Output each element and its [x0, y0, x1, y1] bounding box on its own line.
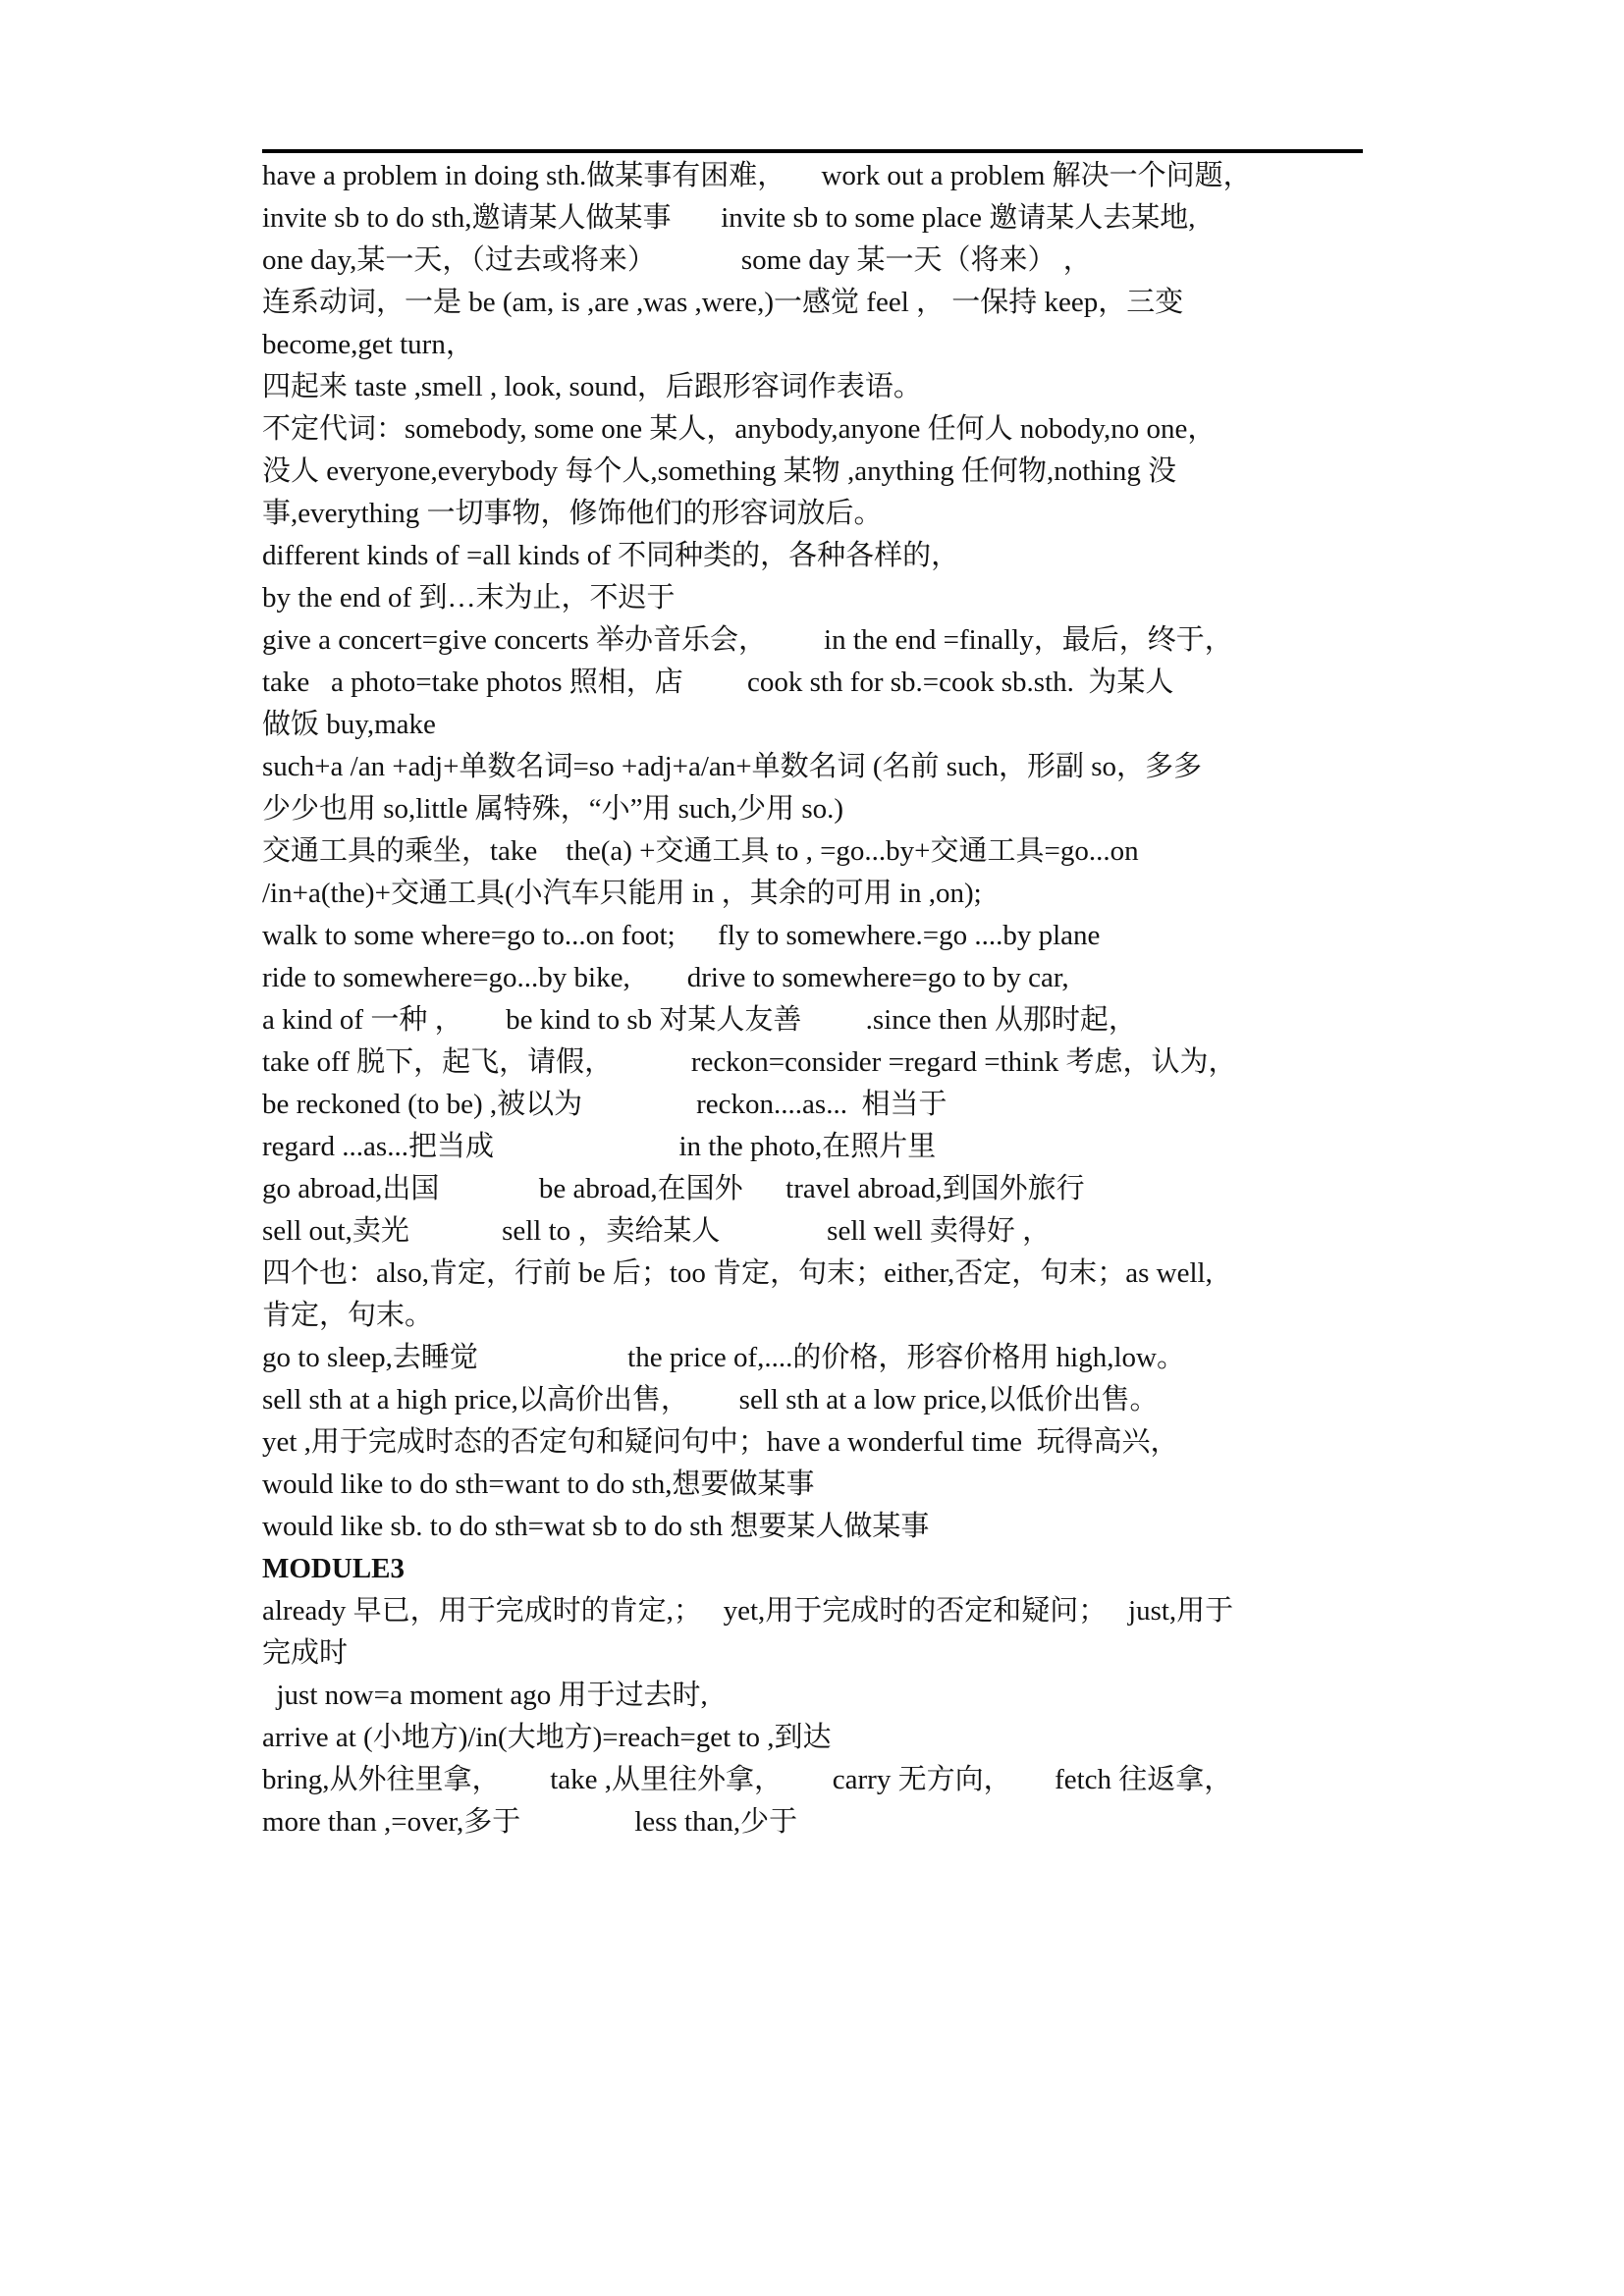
text-line: bring,从外往里拿， take ,从里往外拿， carry 无方向， fet…	[262, 1759, 1401, 1801]
text-line: ride to somewhere=go...by bike, drive to…	[262, 957, 1401, 999]
text-line: 交通工具的乘坐，take the(a) +交通工具 to , =go...by+…	[262, 830, 1401, 873]
text-line: 没人 everyone,everybody 每个人,something 某物 ,…	[262, 451, 1401, 493]
text-line: take off 脱下，起飞，请假， reckon=consider =rega…	[262, 1041, 1401, 1084]
text-line: 完成时	[262, 1632, 1401, 1675]
text-line: 不定代词：somebody, some one 某人，anybody,anyon…	[262, 408, 1401, 451]
text-line: have a problem in doing sth.做某事有困难， work…	[262, 155, 1401, 197]
text-line: more than ,=over,多于 less than,少于	[262, 1801, 1401, 1843]
text-line: sell sth at a high price,以高价出售， sell sth…	[262, 1379, 1401, 1421]
text-line: give a concert=give concerts 举办音乐会， in t…	[262, 619, 1401, 662]
text-line: take a photo=take photos 照相，店 cook sth f…	[262, 662, 1401, 704]
text-line: 四起来 taste ,smell , look, sound，后跟形容词作表语。	[262, 366, 1401, 408]
text-line: one day,某一天，（过去或将来） some day 某一天（将来） ，	[262, 240, 1401, 282]
text-line: invite sb to do sth,邀请某人做某事 invite sb to…	[262, 197, 1401, 240]
text-line: different kinds of =all kinds of 不同种类的，各…	[262, 535, 1401, 577]
text-line: would like sb. to do sth=wat sb to do st…	[262, 1506, 1401, 1548]
text-line: sell out,卖光 sell to ，卖给某人 sell well 卖得好 …	[262, 1210, 1401, 1253]
text-line: just now=a moment ago 用于过去时,	[262, 1675, 1401, 1717]
text-line: 四个也：also,肯定，行前 be 后；too 肯定，句末；either,否定，…	[262, 1253, 1401, 1295]
text-line: 连系动词，一是 be (am, is ,are ,was ,were,)一感觉 …	[262, 282, 1401, 324]
text-line: by the end of 到…末为止，不迟于	[262, 577, 1401, 619]
text-line: already 早已，用于完成时的肯定,； yet,用于完成时的否定和疑问； j…	[262, 1590, 1401, 1632]
text-line: walk to some where=go to...on foot; fly …	[262, 915, 1401, 957]
text-content: have a problem in doing sth.做某事有困难， work…	[262, 155, 1401, 1843]
text-line: go abroad,出国 be abroad,在国外 travel abroad…	[262, 1168, 1401, 1210]
text-line: become,get turn，	[262, 324, 1401, 366]
text-line: a kind of 一种 ， be kind to sb 对某人友善 .sinc…	[262, 999, 1401, 1041]
text-line: 少少也用 so,little 属特殊，“小”用 such,少用 so.)	[262, 788, 1401, 830]
document-page: have a problem in doing sth.做某事有困难， work…	[0, 0, 1624, 2296]
section-heading: MODULE3	[262, 1548, 1401, 1590]
text-line: /in+a(the)+交通工具(小汽车只能用 in ，其余的可用 in ,on)…	[262, 873, 1401, 915]
text-line: be reckoned (to be) ,被以为 reckon....as...…	[262, 1084, 1401, 1126]
text-line: yet ,用于完成时态的否定句和疑问句中；have a wonderful ti…	[262, 1421, 1401, 1464]
text-line: 做饭 buy,make	[262, 704, 1401, 746]
text-line: would like to do sth=want to do sth,想要做某…	[262, 1464, 1401, 1506]
text-line: arrive at (小地方)/in(大地方)=reach=get to ,到达	[262, 1717, 1401, 1759]
text-line: regard ...as...把当成 in the photo,在照片里	[262, 1126, 1401, 1168]
text-line: 肯定，句末。	[262, 1295, 1401, 1337]
horizontal-rule	[262, 149, 1363, 153]
text-line: 事,everything 一切事物，修饰他们的形容词放后。	[262, 493, 1401, 535]
text-line: go to sleep,去睡觉 the price of,....的价格，形容价…	[262, 1337, 1401, 1379]
text-line: such+a /an +adj+单数名词=so +adj+a/an+单数名词 (…	[262, 746, 1401, 788]
